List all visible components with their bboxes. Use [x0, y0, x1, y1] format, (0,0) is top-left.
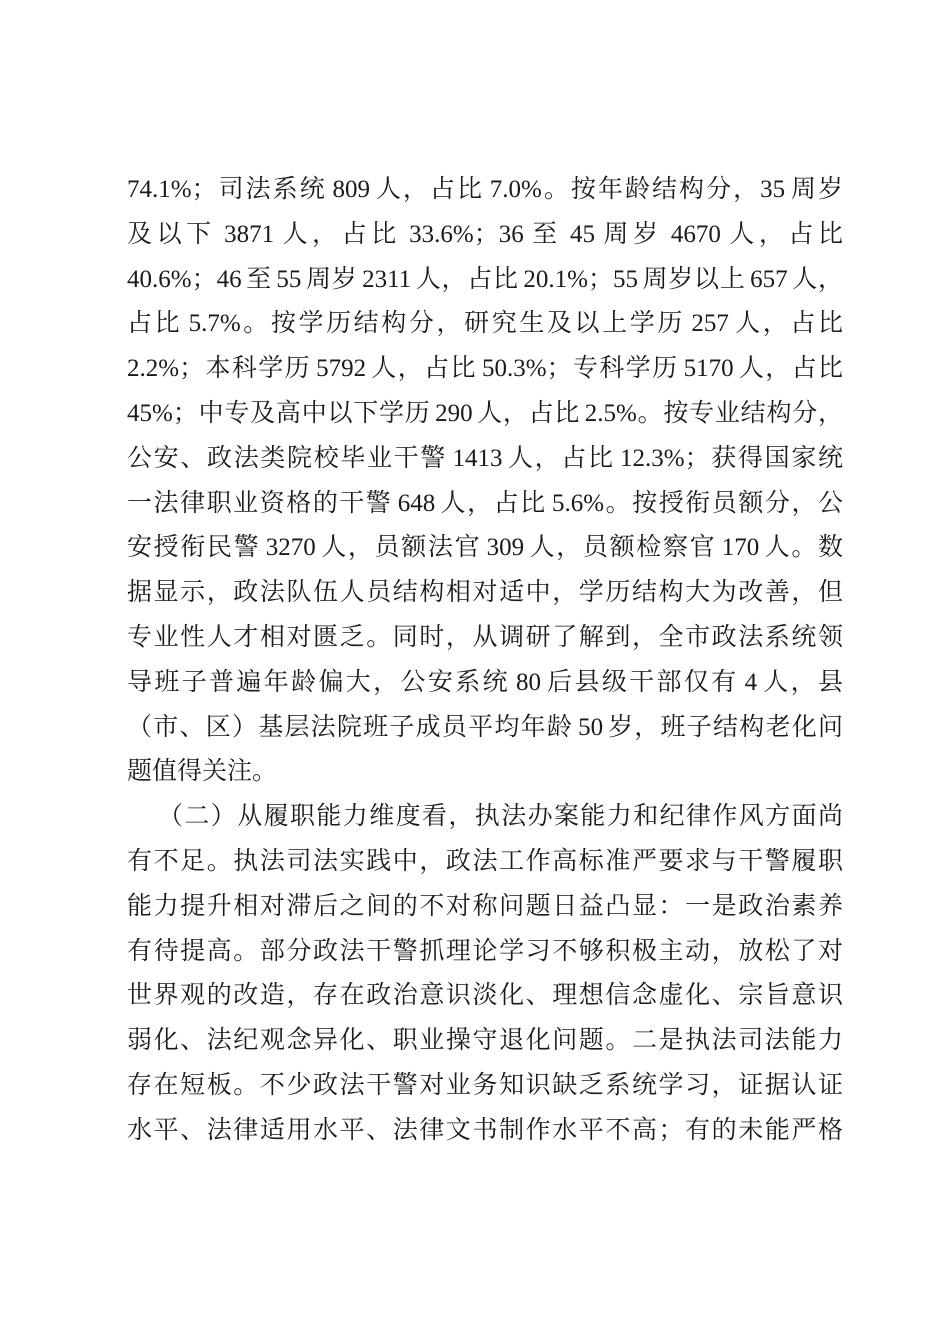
text-line: （市、区）基层法院班子成员平均年龄 50 岁，班子结构老化问 — [127, 706, 843, 751]
capability-dimension-paragraph: （二）从履职能力维度看，执法办案能力和纪律作风方面尚有不足。执法司法实践中，政法… — [127, 795, 843, 1153]
text-line: 45%；中专及高中以下学历 290 人，占比 2.5%。按专业结构分， — [127, 392, 843, 437]
text-line: 2.2%；本科学历 5792 人，占比 50.3%；专科学历 5170 人，占比 — [127, 347, 843, 392]
text-line: 一法律职业资格的干警 648 人，占比 5.6%。按授衔员额分，公 — [127, 482, 843, 527]
text-line: 有不足。执法司法实践中，政法工作高标准严要求与干警履职 — [127, 840, 843, 885]
text-line: 据显示，政法队伍人员结构相对适中，学历结构大为改善，但 — [127, 571, 843, 616]
text-line: 能力提升相对滞后之间的不对称问题日益凸显：一是政治素养 — [127, 885, 843, 930]
document-page: 74.1%；司法系统 809 人，占比 7.0%。按年龄结构分，35 周岁及以下… — [0, 0, 950, 1344]
text-line: 74.1%；司法系统 809 人，占比 7.0%。按年龄结构分，35 周岁 — [127, 168, 843, 213]
text-line: （二）从履职能力维度看，执法办案能力和纪律作风方面尚 — [127, 795, 843, 840]
team-structure-statistics-paragraph: 74.1%；司法系统 809 人，占比 7.0%。按年龄结构分，35 周岁及以下… — [127, 168, 843, 795]
document-body: 74.1%；司法系统 809 人，占比 7.0%。按年龄结构分，35 周岁及以下… — [127, 168, 843, 1154]
text-line: 公安、政法类院校毕业干警 1413 人，占比 12.3%；获得国家统 — [127, 437, 843, 482]
text-line: 导班子普遍年龄偏大，公安系统 80 后县级干部仅有 4 人，县 — [127, 661, 843, 706]
text-line: 占比 5.7%。按学历结构分，研究生及以上学历 257 人，占比 — [127, 302, 843, 347]
text-line: 弱化、法纪观念异化、职业操守退化问题。二是执法司法能力 — [127, 1019, 843, 1064]
text-line: 题值得关注。 — [127, 750, 843, 795]
text-line: 专业性人才相对匮乏。同时，从调研了解到，全市政法系统领 — [127, 616, 843, 661]
text-line: 有待提高。部分政法干警抓理论学习不够积极主动，放松了对 — [127, 930, 843, 975]
text-line: 存在短板。不少政法干警对业务知识缺乏系统学习，证据认证 — [127, 1064, 843, 1109]
text-line: 安授衔民警 3270 人，员额法官 309 人，员额检察官 170 人。数 — [127, 526, 843, 571]
text-line: 世界观的改造，存在政治意识淡化、理想信念虚化、宗旨意识 — [127, 974, 843, 1019]
text-line: 40.6%；46 至 55 周岁 2311 人，占比 20.1%；55 周岁以上… — [127, 258, 843, 303]
text-line: 水平、法律适用水平、法律文书制作水平不高；有的未能严格 — [127, 1109, 843, 1154]
text-line: 及以下 3871 人，占比 33.6%；36 至 45 周岁 4670 人，占比 — [127, 213, 843, 258]
